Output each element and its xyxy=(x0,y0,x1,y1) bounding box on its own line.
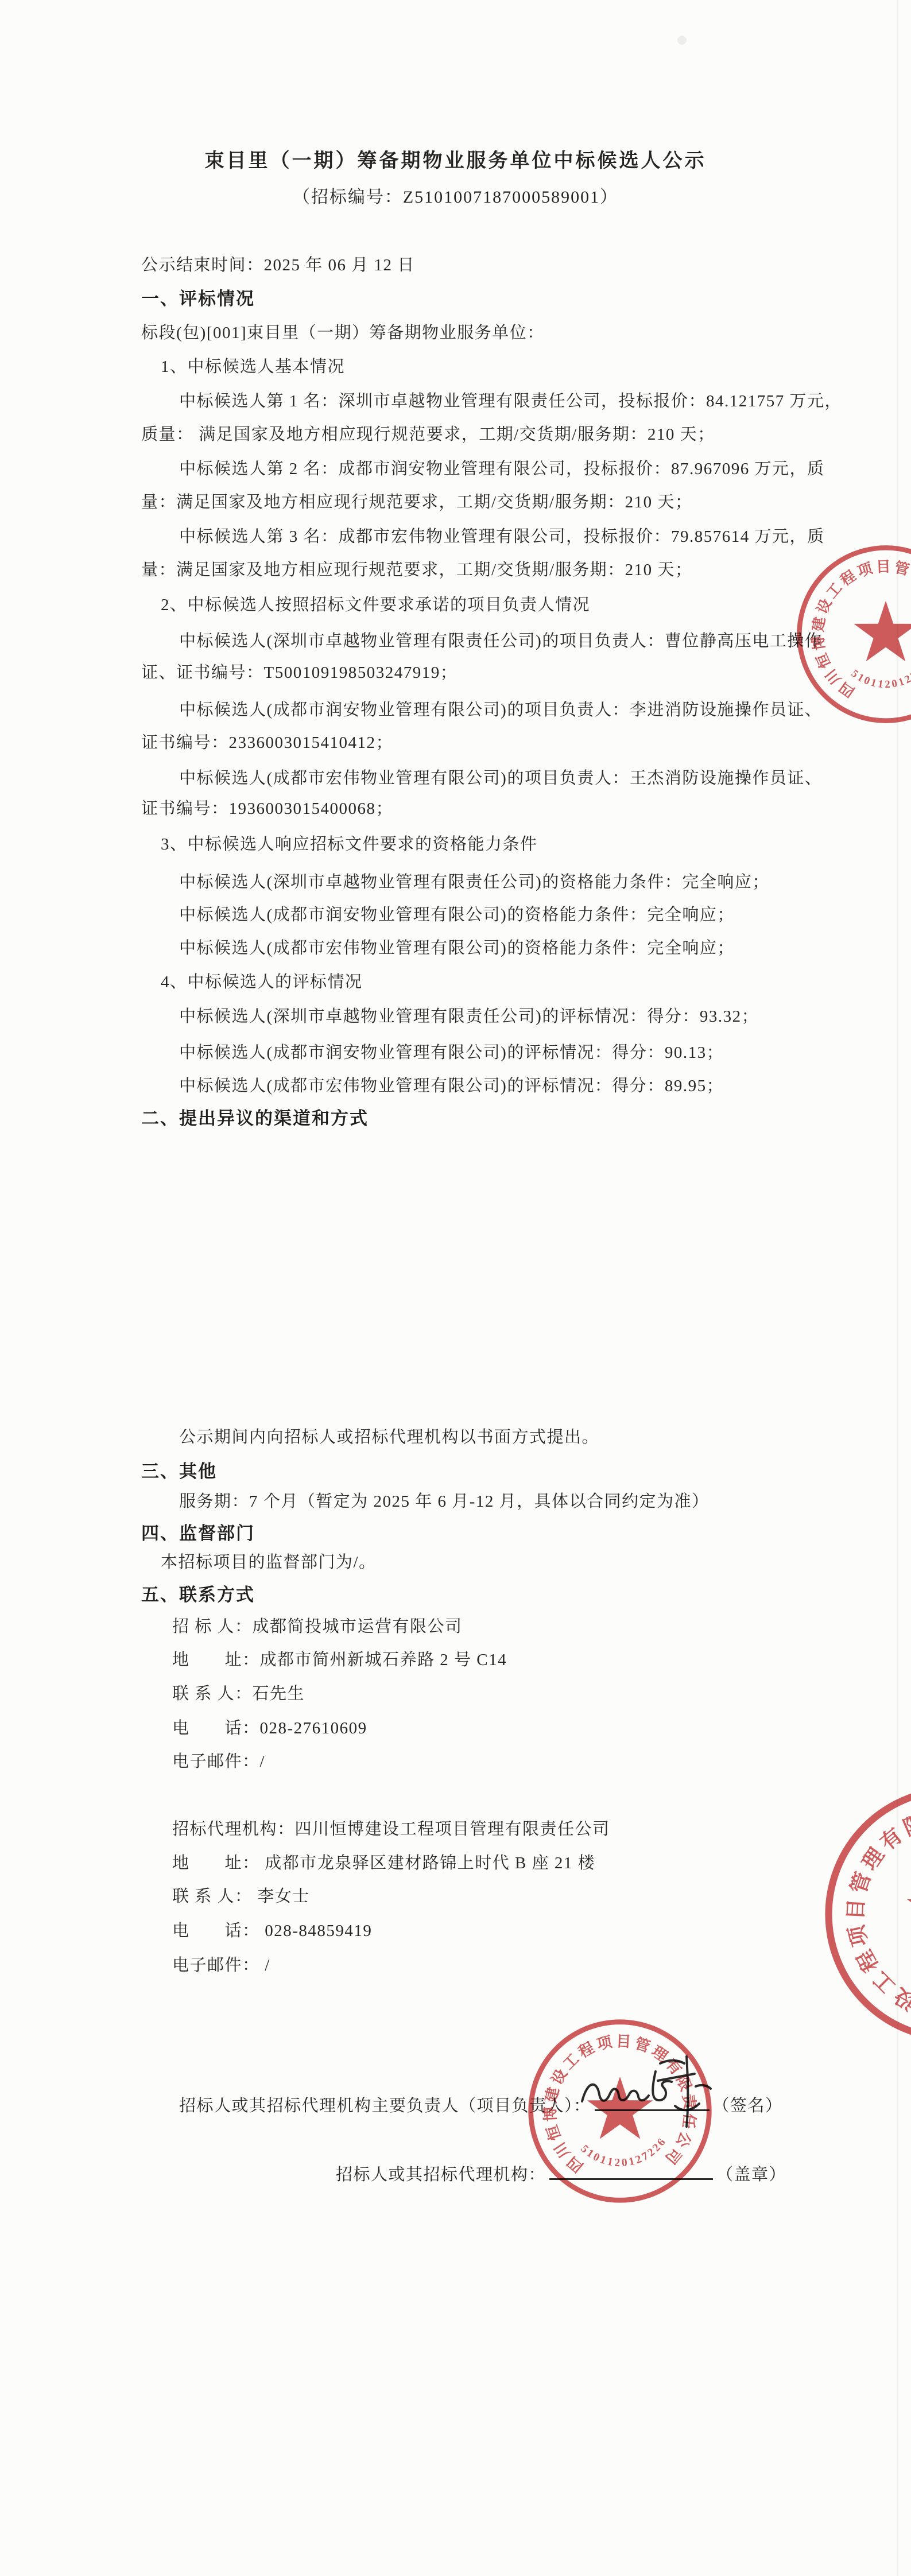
svg-text:四: 四 xyxy=(564,2153,587,2175)
text-line: 招标代理机构：四川恒博建设工程项目管理有限责任公司 xyxy=(172,1820,610,1840)
section-heading: 二、提出异议的渠道和方式 xyxy=(141,1108,369,1129)
text-line: 中标候选人(成都市润安物业管理有限公司)的项目负责人：李进消防设施操作员证、 xyxy=(179,700,822,720)
seal-star-icon xyxy=(854,601,911,662)
section-heading: 五、联系方式 xyxy=(141,1584,255,1605)
svg-text:2: 2 xyxy=(614,2157,621,2169)
seal-star-icon xyxy=(907,1866,911,1953)
scanned-document-page: 束目里（一期）筹备期物业服务单位中标候选人公示 （招标编号：Z510100718… xyxy=(0,0,911,2576)
text-line: 招 标 人：成都简投城市运营有限公司 xyxy=(172,1617,463,1637)
text-line: 公示结束时间：2025 年 06 月 12 日 xyxy=(141,255,415,276)
svg-text:建: 建 xyxy=(810,615,828,633)
text-line: 中标候选人第 3 名：成都市宏伟物业管理有限公司，投标报价：79.857614 … xyxy=(179,527,825,547)
svg-text:工: 工 xyxy=(824,580,846,601)
text-line: 中标候选人(深圳市卓越物业管理有限责任公司)的项目负责人：曹位静高压电工操作 xyxy=(179,631,822,651)
section-heading: 三、其他 xyxy=(141,1461,217,1482)
svg-text:恒: 恒 xyxy=(813,650,834,670)
text-line: 联 系 人：石先生 xyxy=(172,1684,305,1704)
text-line: 2、中标候选人按照招标文件要求承诺的项目负责人情况 xyxy=(161,595,590,615)
text-line: 中标候选人第 2 名：成都市润安物业管理有限公司，投标报价：87.967096 … xyxy=(179,459,825,479)
text-line: 电子邮件： / xyxy=(172,1956,270,1976)
svg-text:博: 博 xyxy=(810,634,828,651)
section-heading: 四、监督部门 xyxy=(141,1523,255,1544)
svg-text:管: 管 xyxy=(846,1869,875,1896)
text-line: 量：满足国家及地方相应现行规范要求，工期/交货期/服务期：210 天； xyxy=(141,492,692,513)
svg-text:项: 项 xyxy=(844,1923,872,1949)
text-line: 中标候选人(成都市润安物业管理有限公司)的评标情况：得分：90.13； xyxy=(179,1043,724,1063)
text-line: 本招标项目的监督部门为/。 xyxy=(161,1553,377,1573)
svg-text:管: 管 xyxy=(893,559,911,579)
text-line: 地 址： 成都市龙泉驿区建材路锦上时代 B 座 21 楼 xyxy=(172,1853,595,1873)
text-line: 电子邮件：/ xyxy=(172,1752,265,1772)
svg-text:1: 1 xyxy=(606,2156,614,2168)
svg-text:项: 项 xyxy=(855,560,874,580)
text-line: 公示期间内向招标人或招标代理机构以书面方式提出。 xyxy=(179,1427,599,1448)
text-line: 地 址：成都市简州新城石养路 2 号 C14 xyxy=(172,1650,507,1670)
text-line: 中标候选人(成都市宏伟物业管理有限公司)的项目负责人：王杰消防设施操作员证、 xyxy=(179,769,822,789)
svg-text:0: 0 xyxy=(621,2156,627,2169)
text-line: 量：满足国家及地方相应现行规范要求，工期/交货期/服务期：210 天； xyxy=(141,560,692,580)
text-line: 证书编号：1936003015400068； xyxy=(141,799,393,819)
svg-text:川: 川 xyxy=(551,2139,573,2161)
svg-text:川: 川 xyxy=(823,666,844,687)
text-line: 中标候选人(深圳市卓越物业管理有限责任公司)的评标情况：得分：93.32； xyxy=(179,1007,759,1027)
section-heading: 一、评标情况 xyxy=(141,288,255,309)
svg-text:目: 目 xyxy=(876,558,891,575)
svg-text:博: 博 xyxy=(542,2106,559,2121)
text-line: 4、中标候选人的评标情况 xyxy=(161,972,363,992)
text-line: 中标候选人(深圳市卓越物业管理有限责任公司)的资格能力条件：完全响应； xyxy=(179,872,770,893)
text-line: 中标候选人(成都市宏伟物业管理有限公司)的资格能力条件：完全响应； xyxy=(179,938,735,959)
svg-text:四: 四 xyxy=(836,678,858,700)
svg-text:程: 程 xyxy=(838,568,859,589)
scan-smudge xyxy=(677,36,687,45)
svg-text:建: 建 xyxy=(542,2085,563,2104)
form-label: 招标人或其招标代理机构： xyxy=(336,2166,546,2184)
text-line: 中标候选人(成都市润安物业管理有限公司)的资格能力条件：完全响应； xyxy=(179,905,735,925)
signature-ink xyxy=(574,2046,729,2138)
form-label-suffix: （盖章） xyxy=(716,2166,786,2184)
text-line: 电 话： 028-84859419 xyxy=(172,1921,372,1941)
scan-edge-line xyxy=(897,0,898,2576)
text-line: 电 话：028-27610609 xyxy=(172,1718,367,1739)
text-line: 3、中标候选人响应招标文件要求的资格能力条件 xyxy=(161,835,538,855)
svg-text:目: 目 xyxy=(843,1898,868,1921)
svg-text:1: 1 xyxy=(877,678,884,690)
svg-text:司: 司 xyxy=(662,2144,684,2167)
text-line: 中标候选人(成都市宏伟物业管理有限公司)的评标情况：得分：89.95； xyxy=(179,1076,724,1096)
svg-text:设: 设 xyxy=(814,596,835,616)
text-line: 质量： 满足国家及地方相应现行规范要求，工期/交货期/服务期：210 天； xyxy=(141,425,715,445)
text-line: 标段(包)[001]束目里（一期）筹备期物业服务单位： xyxy=(141,323,545,343)
seal-stamp-top-right: 四川恒博建设工程项目管理有限责任公司5101120127226 xyxy=(794,542,911,726)
text-line: 证书编号：2336003015410412； xyxy=(141,733,393,753)
text-line: 中标候选人第 1 名：深圳市卓越物业管理有限责任公司，投标报价：84.12175… xyxy=(179,391,842,412)
text-line: 联 系 人： 李女士 xyxy=(172,1887,310,1907)
text-line: 服务期：7 个月（暂定为 2025 年 6 月-12 月，具体以合同约定为准） xyxy=(179,1492,710,1512)
svg-text:程: 程 xyxy=(852,1946,883,1976)
svg-text:2: 2 xyxy=(885,678,890,690)
document-title: 束目里（一期）筹备期物业服务单位中标候选人公示 xyxy=(0,145,911,173)
svg-text:恒: 恒 xyxy=(544,2123,564,2143)
svg-text:有: 有 xyxy=(875,1824,906,1855)
text-line: 1、中标候选人基本情况 xyxy=(161,357,345,377)
text-line: 证、证书编号：T500109198503247919； xyxy=(141,663,458,683)
svg-text:工: 工 xyxy=(868,1967,900,1999)
seal-stamp-right-edge: 四川恒博建设工程项目管理有限责任公司 xyxy=(821,1782,911,2046)
document-subtitle: （招标编号：Z5101007187000589001） xyxy=(0,183,911,208)
